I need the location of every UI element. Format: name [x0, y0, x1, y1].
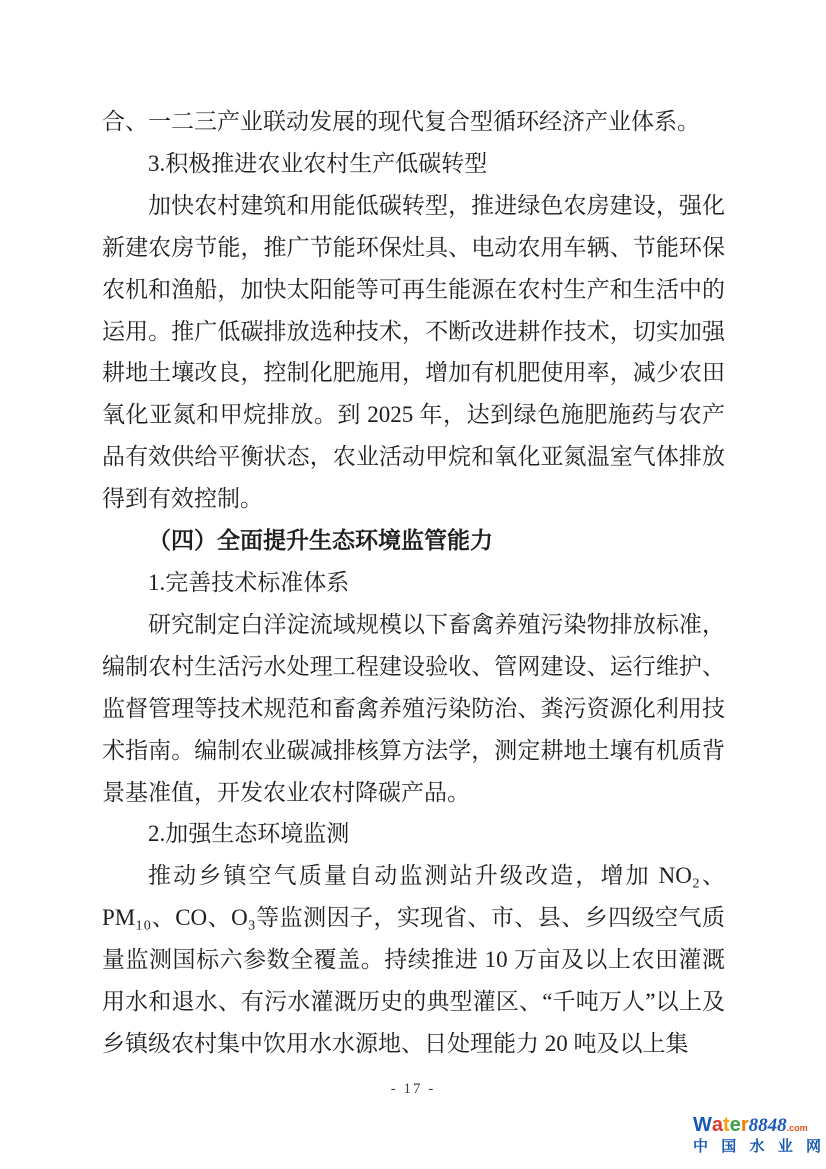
document-body: 合、一二三产业联动发展的现代复合型循环经济产业体系。 3.积极推进农业农村生产低… — [102, 101, 725, 1065]
logo-subtitle-char: 中 — [693, 1139, 708, 1154]
logo-letter: t — [723, 1115, 730, 1135]
water8848-wordmark: Water8848.com — [693, 1115, 821, 1135]
paragraph-body: 研究制定白洋淀流域规模以下畜禽养殖污染物排放标准，编制农村生活污水处理工程建设验… — [102, 604, 725, 814]
paragraph-item-3-title: 3.积极推进农业农村生产低碳转型 — [102, 143, 725, 185]
logo-tld: .com — [787, 1123, 808, 1133]
paragraph-body: 加快农村建筑和用能低碳转型，推进绿色农房建设，强化新建农房节能，推广节能环保灶具… — [102, 185, 725, 520]
logo-number: 8848 — [749, 1115, 787, 1136]
section-heading-4: （四）全面提升生态环境监管能力 — [102, 520, 725, 562]
logo-subtitle-char: 业 — [778, 1139, 793, 1154]
paragraph-item-2-title: 2.加强生态环境监测 — [102, 813, 725, 855]
paragraph-continuation: 合、一二三产业联动发展的现代复合型循环经济产业体系。 — [102, 101, 725, 143]
logo-subtitle-char: 网 — [806, 1139, 821, 1154]
paragraph-body: 推动乡镇空气质量自动监测站升级改造，增加 NO₂、PM₁₀、CO、O₃等监测因子… — [102, 855, 725, 1065]
logo-letter: e — [730, 1115, 741, 1135]
logo-subtitle-char: 国 — [721, 1139, 736, 1154]
logo-subtitle-char: 水 — [749, 1139, 764, 1154]
logo-letter: a — [712, 1115, 723, 1135]
document-page: 合、一二三产业联动发展的现代复合型循环经济产业体系。 3.积极推进农业农村生产低… — [0, 0, 826, 1169]
water8848-logo: Water8848.com 中国水业网 — [693, 1115, 821, 1154]
logo-letter: W — [693, 1115, 712, 1135]
logo-letter: r — [741, 1115, 749, 1135]
page-number: - 17 - — [0, 1081, 826, 1098]
paragraph-item-1-title: 1.完善技术标准体系 — [102, 562, 725, 604]
logo-subtitle: 中国水业网 — [693, 1139, 821, 1154]
